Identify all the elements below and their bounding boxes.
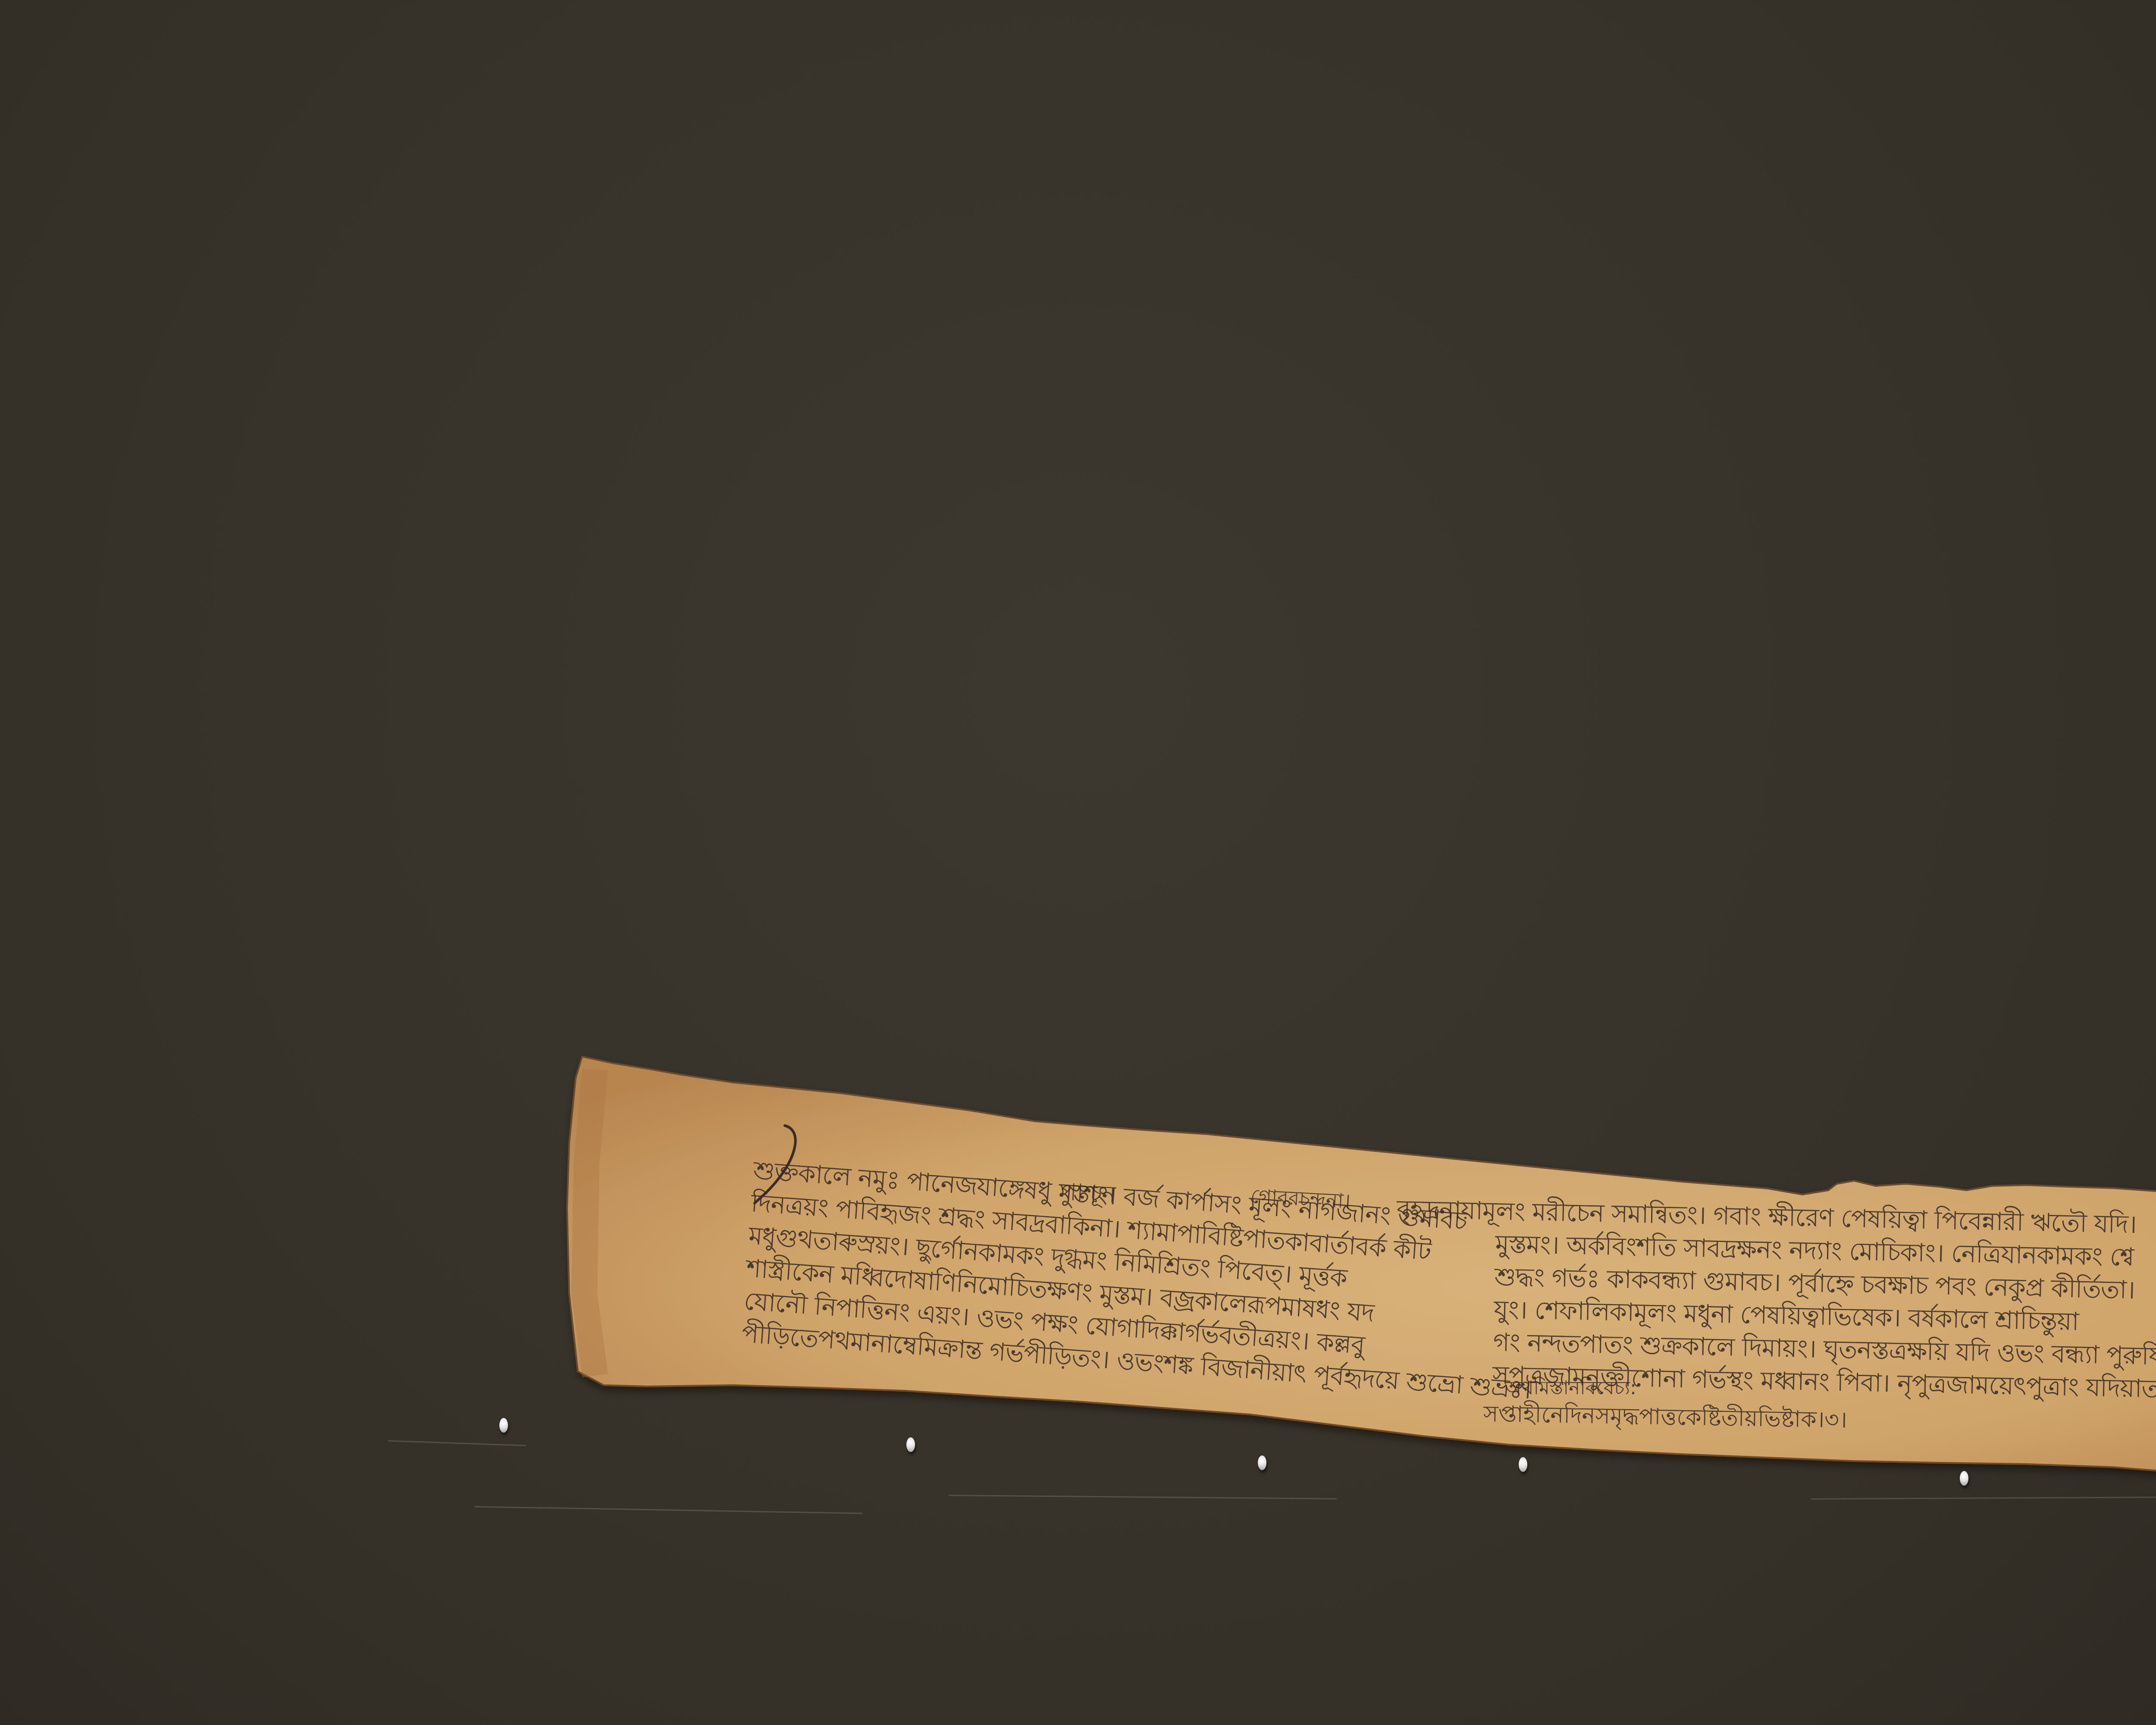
mounting-pin <box>906 1437 915 1452</box>
mounting-pin <box>499 1418 508 1433</box>
manuscript-leaf <box>0 0 2156 1725</box>
mounting-pin <box>1258 1455 1266 1470</box>
colophon-line: সপ্তাহীনেদিনসমৃদ্ধপাত্তকেষ্টিতীয়ভিষ্টাক… <box>1483 1396 1847 1440</box>
paper-shape <box>0 0 2156 1725</box>
mounting-pin <box>1960 1471 1968 1486</box>
mounting-pin <box>1519 1457 1527 1472</box>
